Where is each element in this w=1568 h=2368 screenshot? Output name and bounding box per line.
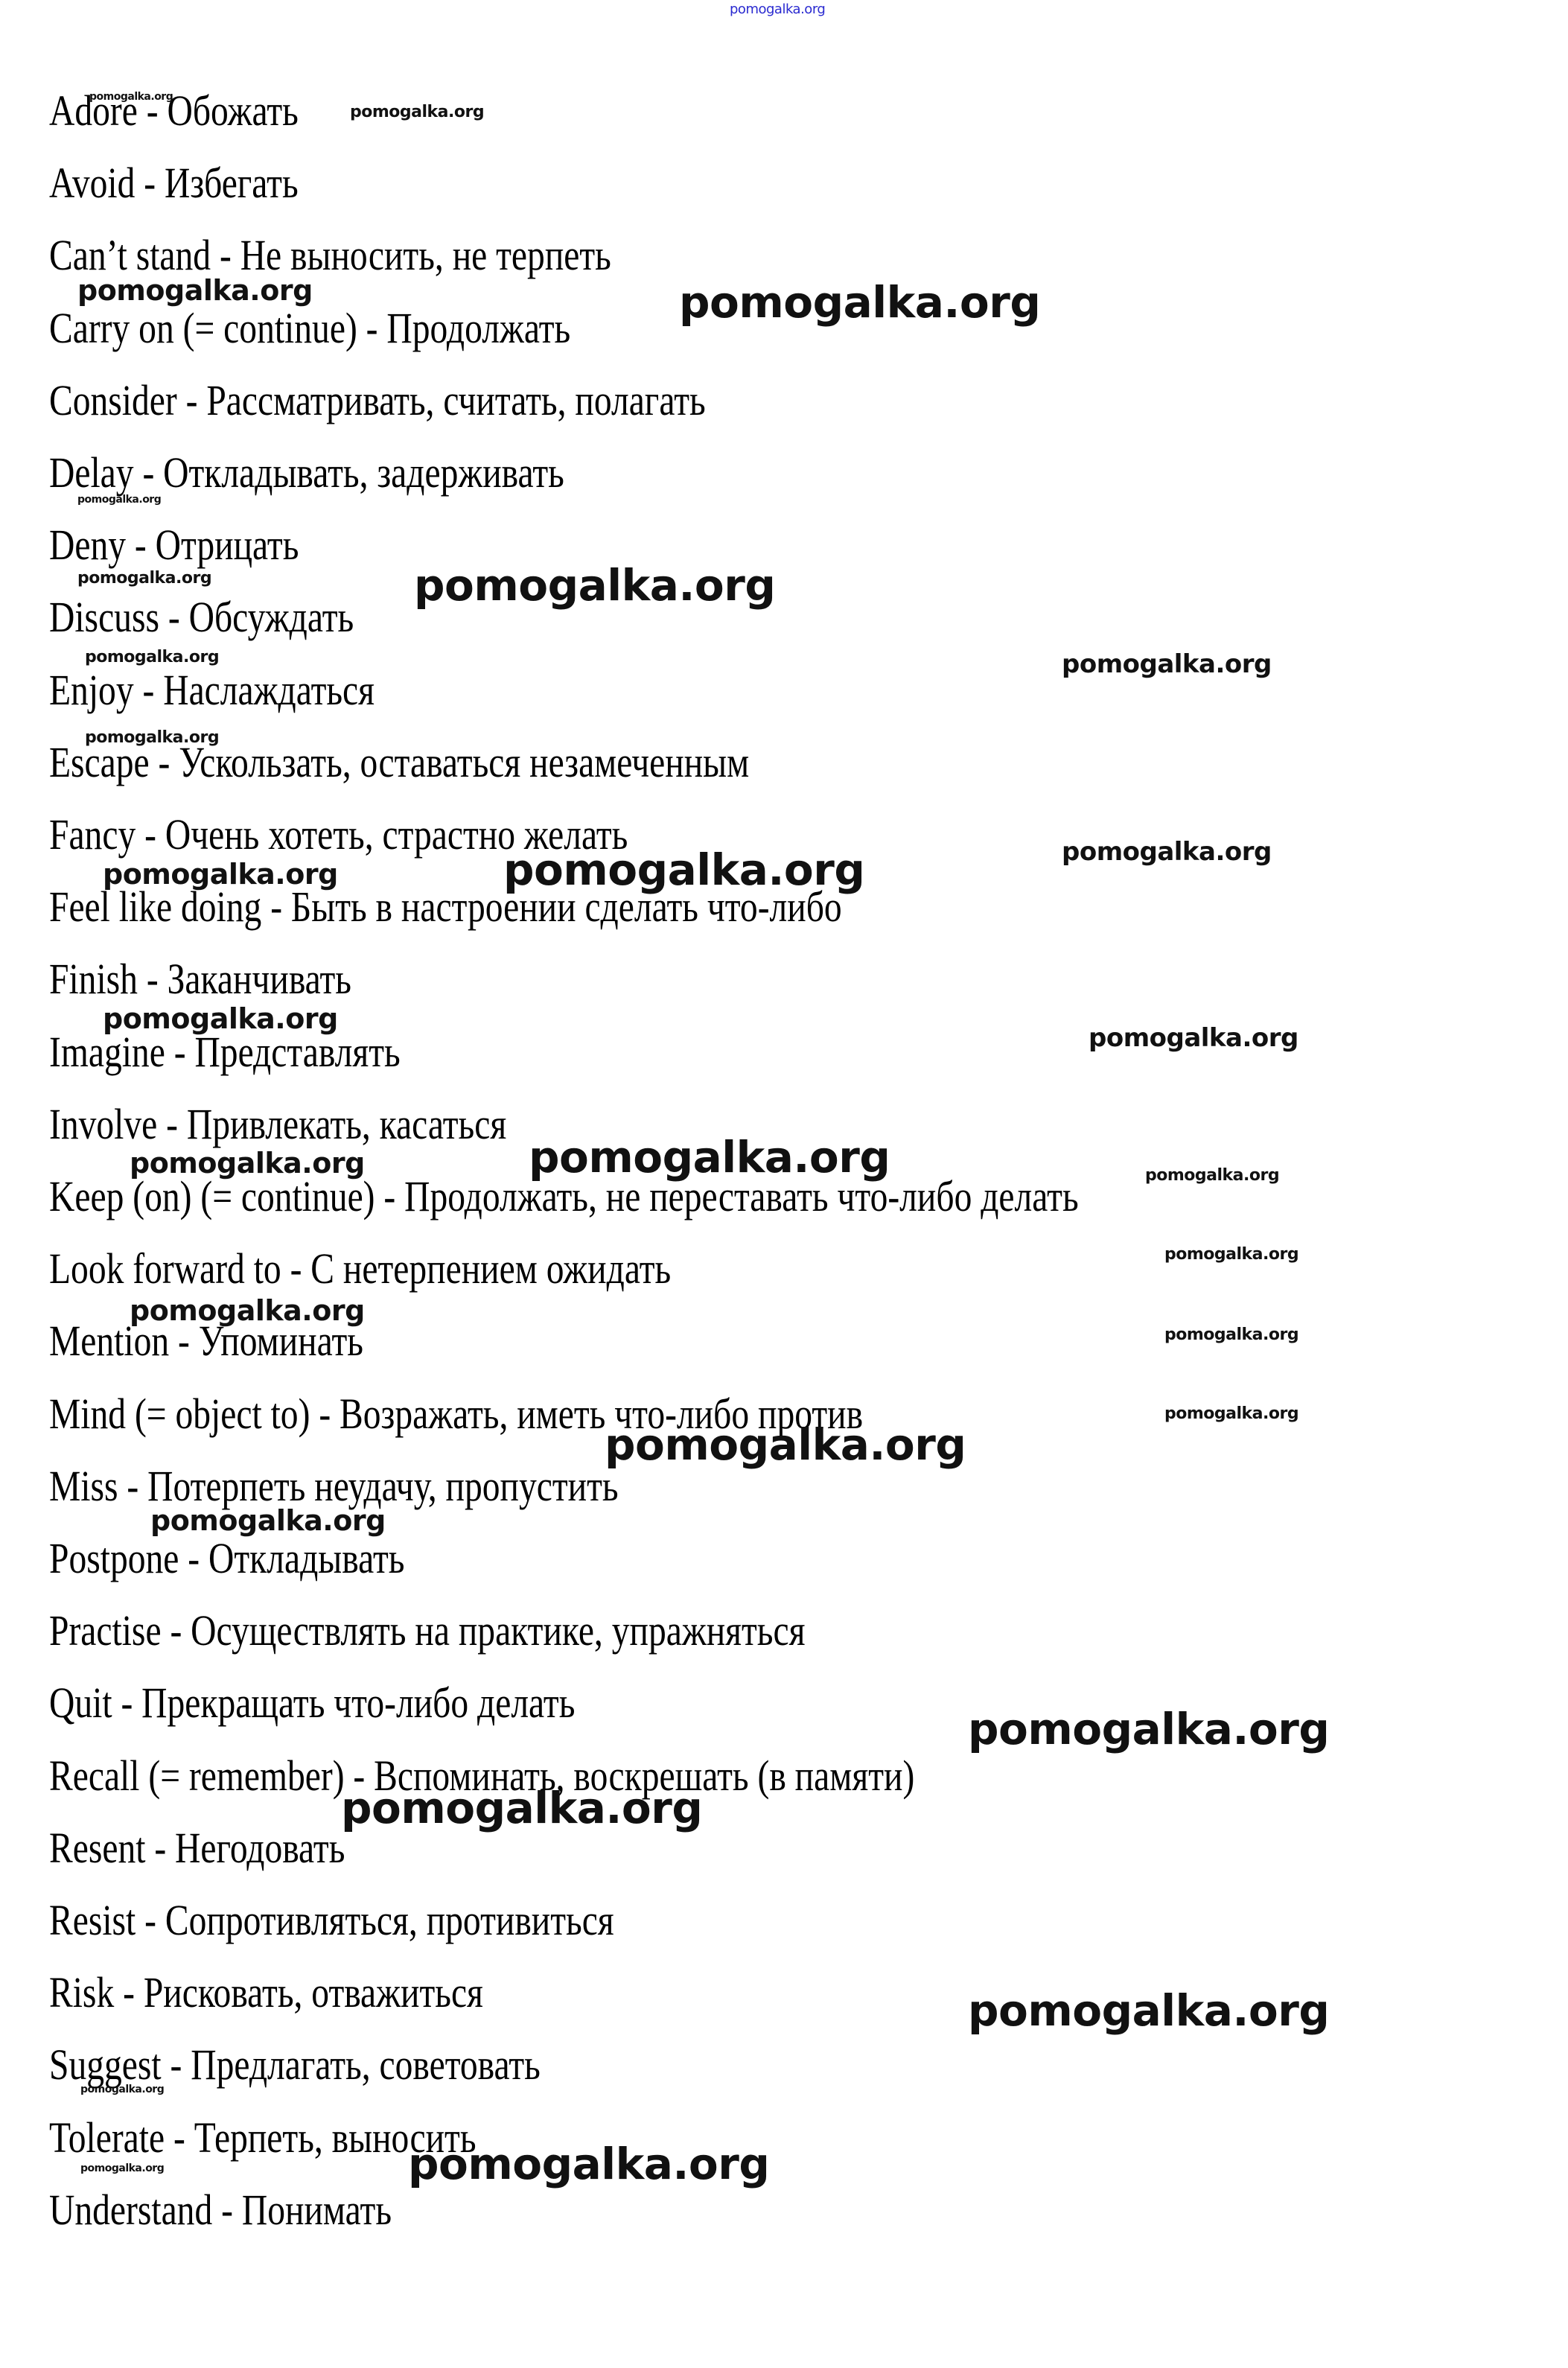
watermark: pomogalka.org — [1164, 1404, 1298, 1423]
watermark: pomogalka.org — [89, 91, 173, 103]
vocabulary-entry: Enjoy - Наслаждаться — [49, 666, 375, 715]
watermark: pomogalka.org — [77, 274, 313, 307]
watermark: pomogalka.org — [968, 1704, 1329, 1754]
watermark: pomogalka.org — [130, 1294, 365, 1327]
watermark: pomogalka.org — [503, 844, 864, 895]
vocabulary-entry: Quit - Прекращать что-либо делать — [49, 1678, 575, 1728]
vocabulary-entry: Consider - Рассматривать, считать, полаг… — [49, 376, 706, 425]
watermark: pomogalka.org — [1062, 837, 1272, 867]
watermark: pomogalka.org — [1164, 1245, 1298, 1264]
watermark: pomogalka.org — [80, 2084, 164, 2095]
vocabulary-entry: Finish - Заканчивать — [49, 955, 351, 1004]
watermark: pomogalka.org — [103, 1002, 338, 1035]
watermark: pomogalka.org — [408, 2139, 769, 2189]
vocabulary-entry: Involve - Привлекать, касаться — [49, 1100, 506, 1149]
watermark: pomogalka.org — [85, 728, 219, 747]
vocabulary-entry: Avoid - Избегать — [49, 159, 299, 208]
watermark: pomogalka.org — [968, 1985, 1329, 2036]
watermark: pomogalka.org — [80, 2162, 164, 2174]
watermark: pomogalka.org — [605, 1419, 966, 1470]
watermark: pomogalka.org — [341, 1783, 702, 1833]
vocabulary-entry: Look forward to - С нетерпением ожидать — [49, 1244, 671, 1293]
vocabulary-entry: Discuss - Обсуждать — [49, 593, 354, 642]
watermark: pomogalka.org — [414, 560, 775, 611]
watermark: pomogalka.org — [77, 494, 161, 506]
vocabulary-entry: Can’t stand - Не выносить, не терпеть — [49, 231, 611, 280]
watermark: pomogalka.org — [1145, 1166, 1279, 1185]
watermark: pomogalka.org — [130, 1147, 365, 1180]
watermark: pomogalka.org — [1089, 1023, 1298, 1053]
vocabulary-entry: Practise - Осуществлять на практике, упр… — [49, 1606, 805, 1655]
vocabulary-entry: Resist - Сопротивляться, противиться — [49, 1896, 614, 1945]
watermark: pomogalka.org — [103, 858, 338, 891]
watermark: pomogalka.org — [679, 277, 1040, 328]
watermark: pomogalka.org — [1164, 1325, 1298, 1344]
watermark: pomogalka.org — [85, 648, 219, 666]
vocabulary-entry: Carry on (= continue) - Продолжать — [49, 304, 570, 353]
watermark: pomogalka.org — [150, 1504, 386, 1537]
vocabulary-entry: Risk - Рисковать, отважиться — [49, 1968, 483, 2017]
vocabulary-entry: Understand - Понимать — [49, 2186, 392, 2235]
watermark: pomogalka.org — [529, 1132, 890, 1183]
vocabulary-entry: Adore - Обожать — [49, 86, 299, 136]
vocabulary-entry: Suggest - Предлагать, советовать — [49, 2040, 541, 2089]
vocabulary-entry: Resent - Негодовать — [49, 1824, 345, 1873]
vocabulary-entry: Delay - Откладывать, задерживать — [49, 448, 564, 497]
vocabulary-entry: Deny - Отрицать — [49, 521, 299, 570]
vocabulary-entry: Postpone - Откладывать — [49, 1534, 404, 1583]
watermark: pomogalka.org — [350, 103, 484, 121]
header-watermark: pomogalka.org — [730, 1, 825, 17]
watermark: pomogalka.org — [77, 569, 211, 588]
document-page: pomogalka.org Adore - ОбожатьAvoid - Изб… — [0, 0, 1568, 2368]
watermark: pomogalka.org — [1062, 649, 1272, 679]
